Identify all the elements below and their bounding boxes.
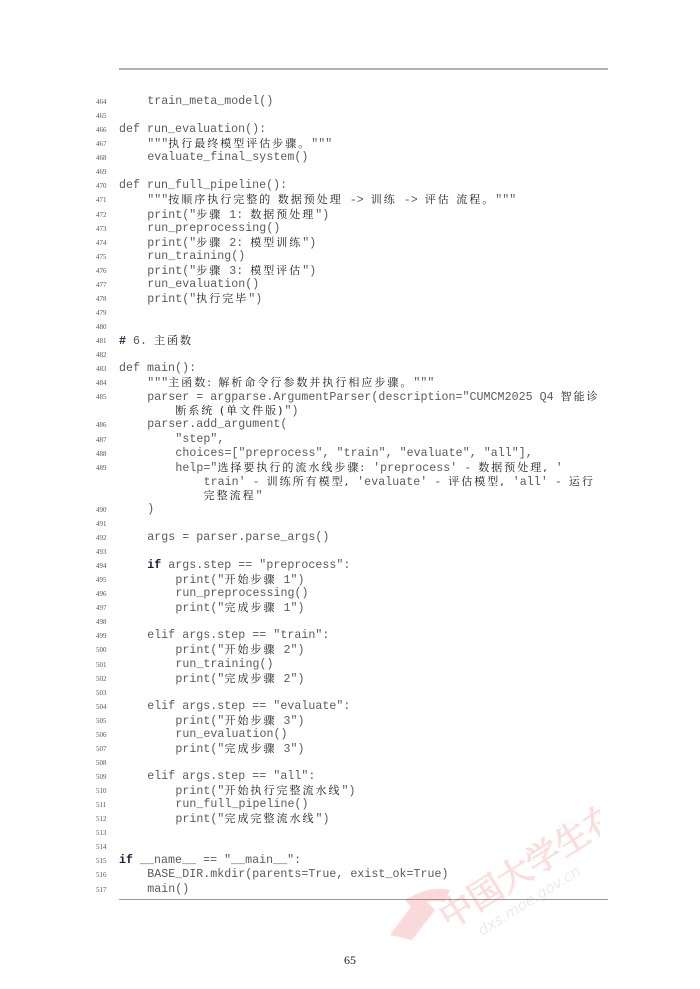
- code-cjk-text: 步骤: [196, 208, 222, 221]
- code-cjk-text: 模型训练: [250, 236, 302, 249]
- code-text: print("步骤 3: 模型评估"): [147, 264, 316, 279]
- code-segment: help=": [175, 462, 217, 475]
- code-line: 492args = parser.parse_args(): [0, 531, 700, 545]
- code-line: 475run_training(): [0, 250, 700, 264]
- code-line: 501run_training(): [0, 658, 700, 672]
- code-text: choices=["preprocess", "train", "evaluat…: [175, 447, 532, 461]
- code-keyword: #: [119, 335, 126, 348]
- code-line: 466def run_evaluation():: [0, 123, 700, 137]
- code-text: parser.add_argument(: [147, 418, 287, 432]
- line-number: 493: [96, 545, 112, 559]
- code-text: train' - 训练所有模型, 'evaluate' - 评估模型, 'all…: [204, 475, 595, 490]
- line-number: 491: [96, 517, 112, 531]
- line-number: 482: [96, 348, 112, 362]
- code-segment: print(": [175, 813, 224, 826]
- code-text: print("完成步骤 1"): [175, 601, 304, 616]
- code-segment: 2"): [276, 673, 304, 686]
- code-segment: 2"): [276, 644, 304, 657]
- line-number: 508: [96, 756, 112, 770]
- code-text: run_evaluation(): [147, 278, 259, 292]
- code-segment: "): [302, 265, 316, 278]
- code-line: 502print("完成步骤 2"): [0, 672, 700, 686]
- code-text: # 6. 主函数: [119, 334, 193, 349]
- code-segment: "step",: [175, 433, 224, 446]
- code-cjk-text: 模型评估: [250, 264, 302, 277]
- line-number: 506: [96, 728, 112, 742]
- code-line: 498: [0, 615, 700, 629]
- code-line: 481# 6. 主函数: [0, 334, 700, 348]
- code-segment: run_evaluation(): [175, 728, 287, 741]
- code-line: 495print("开始步骤 1"): [0, 573, 700, 587]
- code-segment: elif args.step == "evaluate":: [147, 700, 350, 713]
- code-segment: """: [495, 194, 516, 207]
- code-text: elif args.step == "all":: [147, 770, 315, 784]
- code-segment: train' -: [204, 476, 267, 489]
- code-line: 480: [0, 320, 700, 334]
- code-segment: run_evaluation(): [147, 278, 259, 291]
- code-segment: "): [341, 785, 355, 798]
- code-text: print("开始步骤 1"): [175, 573, 304, 588]
- code-text: main(): [147, 883, 189, 897]
- line-number: 511: [96, 798, 112, 812]
- code-listing: 464train_meta_model()465466def run_evalu…: [0, 95, 700, 897]
- code-segment: main(): [147, 883, 189, 896]
- code-keyword: if: [119, 854, 133, 867]
- code-line: 510print("开始执行完整流水线"): [0, 784, 700, 798]
- code-cjk-text: 训练: [371, 193, 397, 206]
- line-number: 464: [96, 95, 112, 109]
- code-cjk-text: 完整流程: [204, 489, 256, 502]
- line-number: 490: [96, 503, 112, 517]
- code-text: run_evaluation(): [175, 728, 287, 742]
- code-text: "step",: [175, 433, 224, 447]
- code-line: 499elif args.step == "train":: [0, 629, 700, 643]
- code-segment: """: [413, 377, 434, 390]
- code-line: 471"""按顺序执行完整的 数据预处理 -> 训练 -> 评估 流程。""": [0, 193, 700, 207]
- code-text: def run_full_pipeline():: [119, 179, 287, 193]
- line-number: 517: [96, 883, 112, 897]
- code-segment: 3:: [222, 265, 250, 278]
- page-number: 65: [0, 953, 700, 968]
- code-cjk-text: 训练所有模型,: [267, 475, 351, 488]
- code-segment: 'preprocess' -: [366, 462, 478, 475]
- code-line: 469: [0, 165, 700, 179]
- code-segment: ': [549, 462, 563, 475]
- line-number: 484: [96, 376, 112, 390]
- code-line: 504elif args.step == "evaluate":: [0, 700, 700, 714]
- code-segment: """: [311, 138, 332, 151]
- line-number: 488: [96, 447, 112, 461]
- code-segment: choices=["preprocess", "train", "evaluat…: [175, 447, 532, 460]
- code-line: 470def run_full_pipeline():: [0, 179, 700, 193]
- line-number: 473: [96, 222, 112, 236]
- line-number: 483: [96, 362, 112, 376]
- code-segment: "): [302, 237, 316, 250]
- code-text: print("完成完整流水线"): [175, 812, 329, 827]
- code-segment: 'all' -: [506, 476, 569, 489]
- line-number: 509: [96, 770, 112, 784]
- code-segment: "): [284, 405, 298, 418]
- code-line: 465: [0, 109, 700, 123]
- code-text: print("开始执行完整流水线"): [175, 784, 355, 799]
- code-text: print("开始步骤 3"): [175, 714, 304, 729]
- code-cjk-text: 数据预处理,: [478, 461, 549, 474]
- line-number: 474: [96, 236, 112, 250]
- code-segment: def run_full_pipeline():: [119, 179, 287, 192]
- code-text: """按顺序执行完整的 数据预处理 -> 训练 -> 评估 流程。""": [147, 193, 516, 208]
- code-segment: 1:: [222, 209, 250, 222]
- code-line: 507print("完成步骤 3"): [0, 742, 700, 756]
- code-line: 517main(): [0, 883, 700, 897]
- line-number: 478: [96, 292, 112, 306]
- line-number: 503: [96, 686, 112, 700]
- code-text: print("执行完毕"): [147, 292, 262, 307]
- code-segment: run_training(): [147, 250, 245, 263]
- line-number: 485: [96, 390, 112, 404]
- code-cjk-text: 断系统 (单文件版): [175, 404, 284, 417]
- code-text: print("完成步骤 3"): [175, 742, 304, 757]
- code-text: elif args.step == "evaluate":: [147, 700, 350, 714]
- code-segment: 2:: [222, 237, 250, 250]
- code-segment: ->: [397, 194, 425, 207]
- line-number: 516: [96, 868, 112, 882]
- code-line: 478print("执行完毕"): [0, 292, 700, 306]
- code-line: 500print("开始步骤 2"): [0, 643, 700, 657]
- code-line: 468evaluate_final_system(): [0, 151, 700, 165]
- code-text: help="选择要执行的流水线步骤: 'preprocess' - 数据预处理,…: [175, 461, 562, 476]
- code-keyword: if: [147, 559, 161, 572]
- line-number: 489: [96, 461, 112, 475]
- code-text: if __name__ == "__main__":: [119, 854, 301, 868]
- code-segment: ": [256, 490, 263, 503]
- code-line: 506run_evaluation(): [0, 728, 700, 742]
- code-segment: args.step == "preprocess":: [161, 559, 350, 572]
- code-cjk-text: 步骤: [196, 236, 222, 249]
- line-number: 507: [96, 742, 112, 756]
- line-number: 502: [96, 672, 112, 686]
- line-number: 467: [96, 137, 112, 151]
- line-number: 492: [96, 531, 112, 545]
- code-text: ): [147, 503, 154, 517]
- code-cjk-text: 主函数: 解析命令行参数并执行相应步骤。: [168, 376, 413, 389]
- line-number: 505: [96, 714, 112, 728]
- line-number: 468: [96, 151, 112, 165]
- code-cjk-text: 开始步骤: [224, 643, 276, 656]
- code-text: args = parser.parse_args(): [147, 531, 329, 545]
- code-line: 467"""执行最终模型评估步骤。""": [0, 137, 700, 151]
- code-line: 485parser = argparse.ArgumentParser(desc…: [0, 390, 700, 404]
- code-cjk-text: 主函数: [154, 334, 193, 347]
- header-rule: [119, 68, 608, 70]
- code-cjk-text: 执行最终模型评估步骤。: [168, 137, 311, 150]
- code-segment: "): [248, 293, 262, 306]
- code-cjk-text: 按顺序执行完整的 数据预处理: [168, 193, 343, 206]
- line-number: 469: [96, 165, 112, 179]
- code-text: print("步骤 2: 模型训练"): [147, 236, 316, 251]
- code-line: 474print("步骤 2: 模型训练"): [0, 236, 700, 250]
- code-segment: ->: [343, 194, 371, 207]
- code-segment: "): [315, 813, 329, 826]
- line-number: 471: [96, 193, 112, 207]
- code-cjk-text: 完成步骤: [224, 742, 276, 755]
- code-line: 515if __name__ == "__main__":: [0, 854, 700, 868]
- code-segment: print(": [175, 574, 224, 587]
- code-cjk-text: 开始步骤: [224, 714, 276, 727]
- line-number: 498: [96, 615, 112, 629]
- code-segment: run_preprocessing(): [147, 222, 280, 235]
- line-number: 494: [96, 559, 112, 573]
- code-cjk-text: 运行: [569, 475, 595, 488]
- code-line: 496run_preprocessing(): [0, 587, 700, 601]
- code-text: train_meta_model(): [147, 95, 273, 109]
- code-segment: args = parser.parse_args(): [147, 531, 329, 544]
- line-number: 514: [96, 840, 112, 854]
- code-segment: "): [315, 209, 329, 222]
- code-segment: print(": [175, 743, 224, 756]
- code-segment: """: [147, 377, 168, 390]
- code-line: 489help="选择要执行的流水线步骤: 'preprocess' - 数据预…: [0, 461, 700, 475]
- line-number: 512: [96, 812, 112, 826]
- code-cjk-text: 完成步骤: [224, 601, 276, 614]
- code-line: 513: [0, 826, 700, 840]
- code-text: BASE_DIR.mkdir(parents=True, exist_ok=Tr…: [147, 868, 448, 882]
- code-segment: print(": [147, 209, 196, 222]
- code-cjk-text: 开始步骤: [224, 573, 276, 586]
- line-number: 510: [96, 784, 112, 798]
- code-cjk-text: 评估模型,: [448, 475, 506, 488]
- code-line: 486parser.add_argument(: [0, 418, 700, 432]
- code-line: 断系统 (单文件版)"): [0, 404, 700, 418]
- code-segment: print(": [175, 673, 224, 686]
- code-line: 477run_evaluation(): [0, 278, 700, 292]
- code-line: 508: [0, 756, 700, 770]
- line-number: 486: [96, 418, 112, 432]
- code-segment: """: [147, 138, 168, 151]
- code-segment: 3"): [276, 743, 304, 756]
- code-text: run_training(): [175, 658, 273, 672]
- code-segment: __name__ == "__main__":: [133, 854, 301, 867]
- code-segment: print(": [175, 785, 224, 798]
- code-cjk-text: 智能诊: [561, 390, 600, 403]
- line-number: 472: [96, 208, 112, 222]
- code-line: 476print("步骤 3: 模型评估"): [0, 264, 700, 278]
- code-text: run_preprocessing(): [175, 587, 308, 601]
- code-line: 464train_meta_model(): [0, 95, 700, 109]
- code-line: 494if args.step == "preprocess":: [0, 559, 700, 573]
- code-segment: 6.: [126, 335, 154, 348]
- line-number: 515: [96, 854, 112, 868]
- line-number: 513: [96, 826, 112, 840]
- line-number: 470: [96, 179, 112, 193]
- code-segment: BASE_DIR.mkdir(parents=True, exist_ok=Tr…: [147, 868, 448, 881]
- code-line: 505print("开始步骤 3"): [0, 714, 700, 728]
- code-segment: 1"): [276, 574, 304, 587]
- code-segment: ): [147, 503, 154, 516]
- code-segment: print(": [175, 644, 224, 657]
- footer-rule: [119, 899, 608, 900]
- code-line: 482: [0, 348, 700, 362]
- line-number: 465: [96, 109, 112, 123]
- code-text: def main():: [119, 362, 196, 376]
- code-text: print("完成步骤 2"): [175, 672, 304, 687]
- line-number: 476: [96, 264, 112, 278]
- code-segment: def main():: [119, 362, 196, 375]
- line-number: 487: [96, 433, 112, 447]
- code-text: if args.step == "preprocess":: [147, 559, 350, 573]
- line-number: 475: [96, 250, 112, 264]
- code-segment: """: [147, 194, 168, 207]
- code-segment: 'evaluate' -: [350, 476, 448, 489]
- code-line: 509elif args.step == "all":: [0, 770, 700, 784]
- line-number: 500: [96, 643, 112, 657]
- code-segment: run_training(): [175, 658, 273, 671]
- line-number: 501: [96, 658, 112, 672]
- code-line: 479: [0, 306, 700, 320]
- code-line: 483def main():: [0, 362, 700, 376]
- line-number: 499: [96, 629, 112, 643]
- code-segment: parser.add_argument(: [147, 418, 287, 431]
- line-number: 495: [96, 573, 112, 587]
- code-segment: print(": [147, 237, 196, 250]
- code-cjk-text: 开始执行完整流水线: [224, 784, 341, 797]
- code-line: 完整流程": [0, 489, 700, 503]
- code-segment: 1"): [276, 602, 304, 615]
- code-text: elif args.step == "train":: [147, 629, 329, 643]
- code-segment: print(": [147, 293, 196, 306]
- code-line: 472print("步骤 1: 数据预处理"): [0, 208, 700, 222]
- code-cjk-text: 完成完整流水线: [224, 812, 315, 825]
- code-segment: 3"): [276, 715, 304, 728]
- line-number: 480: [96, 320, 112, 334]
- code-segment: elif args.step == "all":: [147, 770, 315, 783]
- code-line: 493: [0, 545, 700, 559]
- code-line: 516BASE_DIR.mkdir(parents=True, exist_ok…: [0, 868, 700, 882]
- line-number: 466: [96, 123, 112, 137]
- code-segment: train_meta_model(): [147, 95, 273, 108]
- code-text: """执行最终模型评估步骤。""": [147, 137, 332, 152]
- code-cjk-text: 完成步骤: [224, 672, 276, 685]
- code-line: 490): [0, 503, 700, 517]
- code-line: 511run_full_pipeline(): [0, 798, 700, 812]
- code-segment: print(": [175, 602, 224, 615]
- line-number: 497: [96, 601, 112, 615]
- line-number: 477: [96, 278, 112, 292]
- code-cjk-text: 数据预处理: [250, 208, 315, 221]
- code-line: 497print("完成步骤 1"): [0, 601, 700, 615]
- code-text: print("步骤 1: 数据预处理"): [147, 208, 329, 223]
- code-text: 断系统 (单文件版)"): [175, 404, 298, 419]
- code-text: run_training(): [147, 250, 245, 264]
- code-line: 488choices=["preprocess", "train", "eval…: [0, 447, 700, 461]
- code-text: def run_evaluation():: [119, 123, 266, 137]
- code-text: evaluate_final_system(): [147, 151, 308, 165]
- code-segment: elif args.step == "train":: [147, 629, 329, 642]
- code-segment: def run_evaluation():: [119, 123, 266, 136]
- code-text: """主函数: 解析命令行参数并执行相应步骤。""": [147, 376, 434, 391]
- code-cjk-text: 步骤: [196, 264, 222, 277]
- code-cjk-text: 选择要执行的流水线步骤:: [217, 461, 366, 474]
- code-line: 487"step",: [0, 433, 700, 447]
- code-segment: print(": [175, 715, 224, 728]
- line-number: 479: [96, 306, 112, 320]
- code-line: 473run_preprocessing(): [0, 222, 700, 236]
- code-line: 484"""主函数: 解析命令行参数并执行相应步骤。""": [0, 376, 700, 390]
- line-number: 504: [96, 700, 112, 714]
- line-number: 481: [96, 334, 112, 348]
- code-line: train' - 训练所有模型, 'evaluate' - 评估模型, 'all…: [0, 475, 700, 489]
- code-cjk-text: 执行完毕: [196, 292, 248, 305]
- code-segment: parser = argparse.ArgumentParser(descrip…: [147, 391, 560, 404]
- code-segment: run_preprocessing(): [175, 587, 308, 600]
- code-line: 514: [0, 840, 700, 854]
- code-text: 完整流程": [204, 489, 263, 504]
- line-number: 496: [96, 587, 112, 601]
- code-text: run_preprocessing(): [147, 222, 280, 236]
- code-segment: run_full_pipeline(): [175, 798, 308, 811]
- code-text: print("开始步骤 2"): [175, 643, 304, 658]
- code-segment: print(": [147, 265, 196, 278]
- code-line: 503: [0, 686, 700, 700]
- code-segment: evaluate_final_system(): [147, 151, 308, 164]
- code-line: 491: [0, 517, 700, 531]
- code-line: 512print("完成完整流水线"): [0, 812, 700, 826]
- code-cjk-text: 评估 流程。: [425, 193, 496, 206]
- code-text: run_full_pipeline(): [175, 798, 308, 812]
